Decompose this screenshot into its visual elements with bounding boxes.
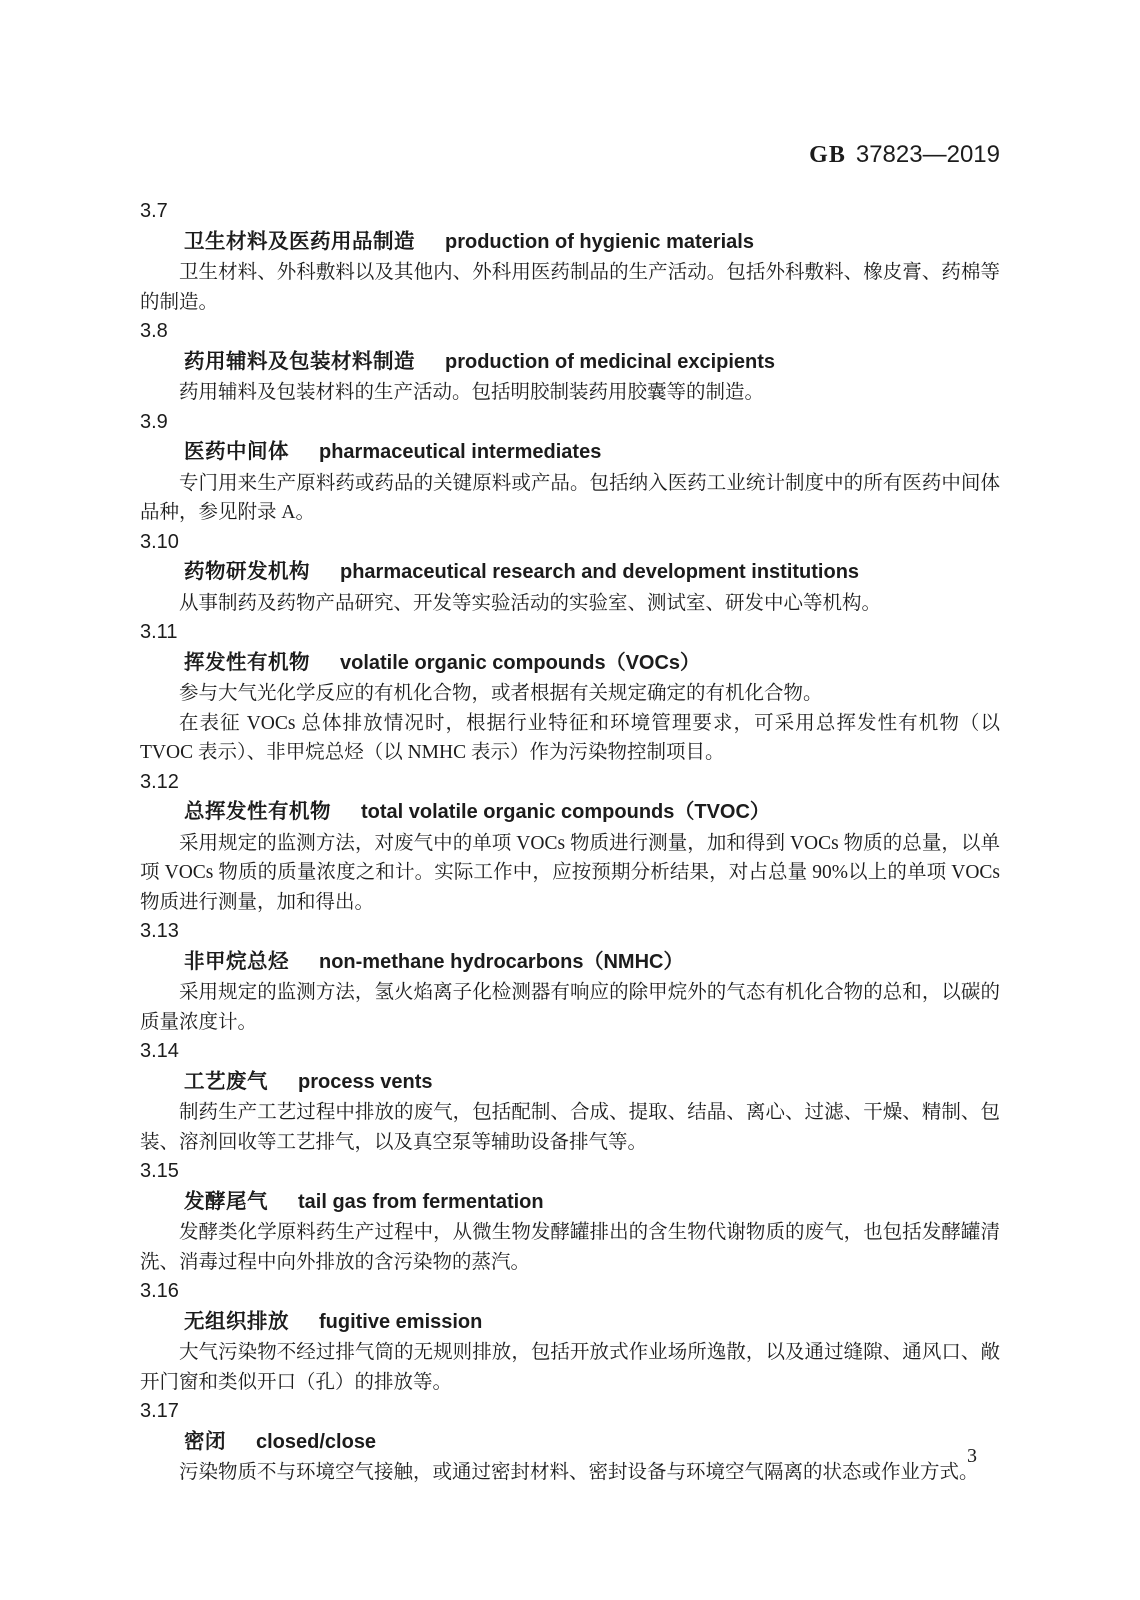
term-heading: 工艺废气 process vents xyxy=(140,1067,1000,1099)
term-section: 3.11 挥发性有机物 volatile organic compounds（V… xyxy=(140,618,1000,768)
definition-paragraph: 大气污染物不经过排气筒的无规则排放，包括开放式作业场所逸散，以及通过缝隙、通风口… xyxy=(140,1338,1000,1397)
section-number: 3.16 xyxy=(140,1277,1000,1307)
term-english: production of hygienic materials xyxy=(445,231,754,253)
term-heading: 发酵尾气 tail gas from fermentation xyxy=(140,1187,1000,1219)
definition-paragraph: 药用辅料及包装材料的生产活动。包括明胶制装药用胶囊等的制造。 xyxy=(140,378,1000,408)
definition-paragraph: 发酵类化学原料药生产过程中，从微生物发酵罐排出的含生物代谢物质的废气，也包括发酵… xyxy=(140,1218,1000,1277)
term-english: tail gas from fermentation xyxy=(298,1191,544,1213)
definition-paragraph: 参与大气光化学反应的有机化合物，或者根据有关规定确定的有机化合物。 xyxy=(140,679,1000,709)
term-chinese: 密闭 xyxy=(184,1430,226,1453)
term-section: 3.14 工艺废气 process vents 制药生产工艺过程中排放的废气，包… xyxy=(140,1037,1000,1157)
term-heading: 药用辅料及包装材料制造 production of medicinal exci… xyxy=(140,347,1000,379)
term-chinese: 发酵尾气 xyxy=(184,1190,268,1213)
terms-content: 3.7 卫生材料及医药用品制造 production of hygienic m… xyxy=(140,197,1000,1488)
standard-code-header: GB 37823—2019 xyxy=(140,140,1000,173)
term-english: process vents xyxy=(298,1071,433,1093)
section-number: 3.10 xyxy=(140,528,1000,558)
term-chinese: 挥发性有机物 xyxy=(184,651,310,674)
term-chinese: 医药中间体 xyxy=(184,440,289,463)
term-section: 3.7 卫生材料及医药用品制造 production of hygienic m… xyxy=(140,197,1000,317)
standard-code-number: 37823—2019 xyxy=(856,141,1000,168)
definition-paragraph: 从事制药及药物产品研究、开发等实验活动的实验室、测试室、研发中心等机构。 xyxy=(140,589,1000,619)
term-english: production of medicinal excipients xyxy=(445,351,775,373)
document-page: GB 37823—2019 3.7 卫生材料及医药用品制造 production… xyxy=(0,0,1140,1600)
definition-paragraph: 污染物质不与环境空气接触，或通过密封材料、密封设备与环境空气隔离的状态或作业方式… xyxy=(140,1458,1000,1488)
section-number: 3.9 xyxy=(140,408,1000,438)
definition-paragraph: 采用规定的监测方法，氢火焰离子化检测器有响应的除甲烷外的气态有机化合物的总和，以… xyxy=(140,978,1000,1037)
section-number: 3.8 xyxy=(140,317,1000,347)
term-chinese: 药用辅料及包装材料制造 xyxy=(184,350,415,373)
term-english: total volatile organic compounds（TVOC） xyxy=(361,801,770,823)
section-number: 3.11 xyxy=(140,618,1000,648)
term-section: 3.10 药物研发机构 pharmaceutical research and … xyxy=(140,528,1000,619)
term-chinese: 工艺废气 xyxy=(184,1070,268,1093)
term-english: non-methane hydrocarbons（NMHC） xyxy=(319,951,683,973)
term-english: pharmaceutical research and development … xyxy=(340,561,859,583)
definition-paragraph: 制药生产工艺过程中排放的废气，包括配制、合成、提取、结晶、离心、过滤、干燥、精制… xyxy=(140,1098,1000,1157)
term-english: volatile organic compounds（VOCs） xyxy=(340,652,700,674)
section-number: 3.7 xyxy=(140,197,1000,227)
section-number: 3.12 xyxy=(140,768,1000,798)
term-heading: 卫生材料及医药用品制造 production of hygienic mater… xyxy=(140,227,1000,259)
term-heading: 医药中间体 pharmaceutical intermediates xyxy=(140,437,1000,469)
definition-paragraph: 在表征 VOCs 总体排放情况时，根据行业特征和环境管理要求，可采用总挥发性有机… xyxy=(140,709,1000,768)
term-section: 3.9 医药中间体 pharmaceutical intermediates 专… xyxy=(140,408,1000,528)
term-section: 3.15 发酵尾气 tail gas from fermentation 发酵类… xyxy=(140,1157,1000,1277)
term-heading: 密闭 closed/close xyxy=(140,1427,1000,1459)
term-chinese: 总挥发性有机物 xyxy=(184,800,331,823)
term-section: 3.13 非甲烷总烃 non-methane hydrocarbons（NMHC… xyxy=(140,917,1000,1037)
definition-paragraph: 专门用来生产原料药或药品的关键原料或产品。包括纳入医药工业统计制度中的所有医药中… xyxy=(140,469,1000,528)
term-english: closed/close xyxy=(256,1431,376,1453)
section-number: 3.14 xyxy=(140,1037,1000,1067)
term-section: 3.12 总挥发性有机物 total volatile organic comp… xyxy=(140,768,1000,918)
term-heading: 非甲烷总烃 non-methane hydrocarbons（NMHC） xyxy=(140,947,1000,979)
term-chinese: 无组织排放 xyxy=(184,1310,289,1333)
term-section: 3.16 无组织排放 fugitive emission 大气污染物不经过排气筒… xyxy=(140,1277,1000,1397)
term-section: 3.8 药用辅料及包装材料制造 production of medicinal … xyxy=(140,317,1000,408)
term-heading: 无组织排放 fugitive emission xyxy=(140,1307,1000,1339)
section-number: 3.13 xyxy=(140,917,1000,947)
term-chinese: 卫生材料及医药用品制造 xyxy=(184,230,415,253)
definition-paragraph: 卫生材料、外科敷料以及其他内、外科用医药制品的生产活动。包括外科敷料、橡皮膏、药… xyxy=(140,258,1000,317)
term-chinese: 非甲烷总烃 xyxy=(184,950,289,973)
page-number: 3 xyxy=(967,1443,977,1469)
definition-paragraph: 采用规定的监测方法，对废气中的单项 VOCs 物质进行测量，加和得到 VOCs … xyxy=(140,829,1000,918)
standard-code-prefix: GB xyxy=(809,142,846,168)
term-english: fugitive emission xyxy=(319,1311,482,1333)
section-number: 3.15 xyxy=(140,1157,1000,1187)
term-heading: 总挥发性有机物 total volatile organic compounds… xyxy=(140,797,1000,829)
term-chinese: 药物研发机构 xyxy=(184,560,310,583)
term-section: 3.17 密闭 closed/close 污染物质不与环境空气接触，或通过密封材… xyxy=(140,1397,1000,1488)
term-heading: 药物研发机构 pharmaceutical research and devel… xyxy=(140,557,1000,589)
term-english: pharmaceutical intermediates xyxy=(319,441,601,463)
section-number: 3.17 xyxy=(140,1397,1000,1427)
term-heading: 挥发性有机物 volatile organic compounds（VOCs） xyxy=(140,648,1000,680)
